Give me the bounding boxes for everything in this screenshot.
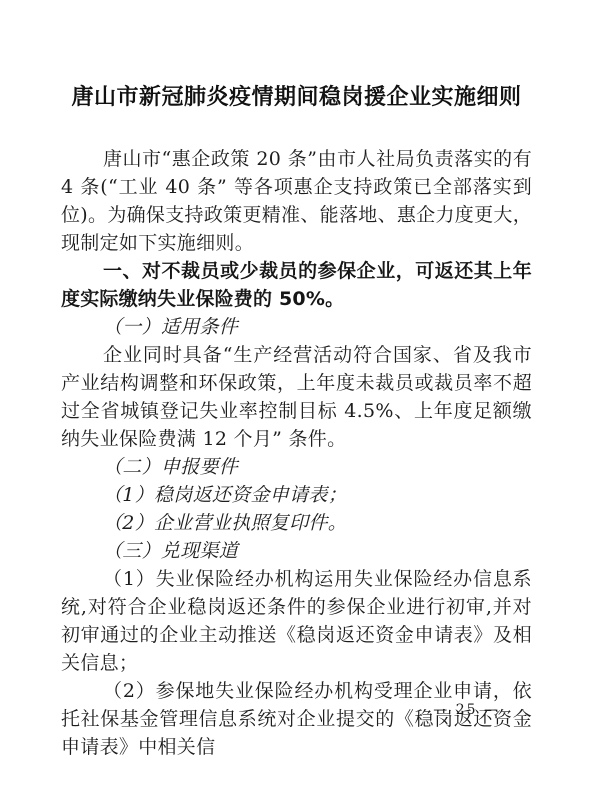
- paragraph-conditions-detail: 企业同时具备“生产经营活动符合国家、省及我市产业结构调整和环保政策，上年度未裁员…: [61, 341, 532, 453]
- paragraph-requirement-item-2: （2）企业营业执照复印件。: [61, 509, 532, 537]
- paragraph-subheading-fulfillment-channel: （三）兑现渠道: [61, 537, 532, 565]
- page-number: — 25 —: [433, 702, 500, 718]
- document-content: 唐山市新冠肺炎疫情期间稳岗援企业实施细则 唐山市“惠企政策 20 条”由市人社局…: [61, 82, 532, 761]
- paragraph-subheading-applicable-conditions: （一）适用条件: [61, 313, 532, 341]
- paragraph-subheading-application-requirements: （二）申报要件: [61, 453, 532, 481]
- document-page: 唐山市新冠肺炎疫情期间稳岗援企业实施细则 唐山市“惠企政策 20 条”由市人社局…: [0, 0, 592, 792]
- paragraph-intro: 唐山市“惠企政策 20 条”由市人社局负责落实的有 4 条(“工业 40 条” …: [61, 145, 532, 257]
- paragraph-channel-item-1: （1）失业保险经办机构运用失业保险经办信息系统,对符合企业稳岗返还条件的参保企业…: [61, 565, 532, 677]
- paragraph-requirement-item-1: （1）稳岗返还资金申请表；: [61, 481, 532, 509]
- paragraph-channel-item-2: （2）参保地失业保险经办机构受理企业申请，依托社保基金管理信息系统对企业提交的《…: [61, 677, 532, 761]
- document-title: 唐山市新冠肺炎疫情期间稳岗援企业实施细则: [61, 82, 532, 112]
- paragraph-section-1-heading: 一、对不裁员或少裁员的参保企业，可返还其上年度实际缴纳失业保险费的 50%。: [61, 257, 532, 313]
